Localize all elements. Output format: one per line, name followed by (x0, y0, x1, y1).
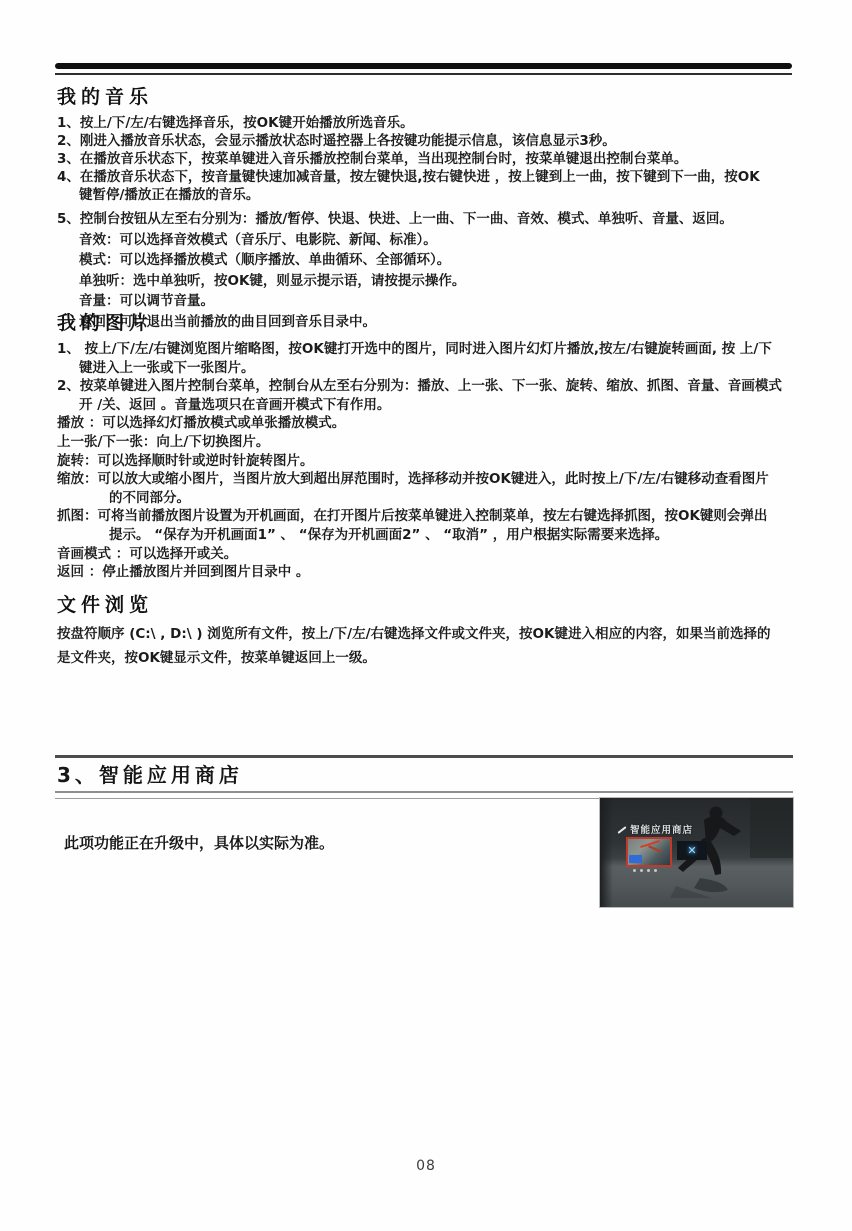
text-line: 旋转：可以选择顺时针或逆时针旋转图片。 (57, 452, 797, 471)
app-tile-selected (626, 837, 672, 867)
text-line: 2、按菜单键进入图片控制台菜单，控制台从左至右分别为：播放、上一张、下一张、旋转… (57, 377, 797, 396)
text-line: 音效：可以选择音效模式（音乐厅、电影院、新闻、标准）。 (57, 230, 797, 251)
text-line: 模式：可以选择播放模式（顺序播放、单曲循环、全部循环）。 (57, 250, 797, 271)
text-line: 音画模式 ：可以选择开或关。 (57, 545, 797, 564)
section-my-pictures: 我的图片 1、 按上/下/左/右键浏览图片缩略图，按OK键打开选中的图片，同时进… (57, 312, 797, 582)
text-line: 1、 按上/下/左/右键浏览图片缩略图，按OK键打开选中的图片，同时进入图片幻灯… (57, 340, 797, 359)
text-line: 上一张/下一张：向上/下切换图片。 (57, 433, 797, 452)
text-line: 抓图：可将当前播放图片设置为开机画面，在打开图片后按菜单键进入控制菜单，按左右键… (57, 507, 797, 526)
app-tile: ✕ (677, 841, 707, 860)
dot (647, 869, 650, 872)
thick-divider (55, 63, 792, 69)
text-line: 4、在播放音乐状态下，按音量键快速加减音量，按左键快退,按右键快进 ，按上键到上… (57, 168, 797, 186)
pagination-dots (633, 869, 657, 872)
dot (654, 869, 657, 872)
text-line: 5、控制台按钮从左至右分别为：播放/暂停、快退、快进、上一曲、下一曲、音效、模式… (57, 209, 797, 230)
chapter-title: 3、智能应用商店 (57, 763, 793, 787)
text-line: 键进入上一张或下一张图片。 (57, 359, 797, 378)
section-title-my-pictures: 我的图片 (57, 312, 797, 334)
spark-icon: ✕ (687, 845, 696, 856)
text-line: 提示。 “保存为开机画面1” 、 “保存为开机画面2” 、 “取消” ，用户根据… (57, 526, 797, 545)
text-line: 缩放：可以放大或缩小图片，当图片放大到超出屏范围时，选择移动并按OK键进入，此时… (57, 470, 797, 489)
text-line: 单独听：选中单独听，按OK键，则显示提示语，请按提示操作。 (57, 271, 797, 292)
section-title-file-browsing: 文件浏览 (57, 594, 797, 616)
tv-app-store-label: 智能应用商店 (630, 822, 693, 836)
text-line: 按盘符顺序 (C:\ , D:\ ) 浏览所有文件，按上/下/左/右键选择文件或… (57, 622, 797, 646)
dot (633, 869, 636, 872)
text-line: 音量：可以调节音量。 (57, 291, 797, 312)
app-store-note: 此项功能正在升级中，具体以实际为准。 (64, 832, 334, 853)
text-line: 3、在播放音乐状态下，按菜单键进入音乐播放控制台菜单，当出现控制台时，按菜单键退… (57, 150, 797, 168)
text-line: 开 /关、返回 。音量选项只在音画开模式下有作用。 (57, 396, 797, 415)
chapter-header-app-store: 3、智能应用商店 (55, 755, 793, 799)
section-title-my-music: 我的音乐 (57, 86, 797, 108)
text-line: 键暂停/播放正在播放的音乐。 (57, 186, 797, 204)
text-line: 1、按上/下/左/右键选择音乐，按OK键开始播放所选音乐。 (57, 114, 797, 132)
thin-divider (55, 73, 792, 75)
page-number: 08 (0, 1158, 852, 1174)
section-my-music: 我的音乐 1、按上/下/左/右键选择音乐，按OK键开始播放所选音乐。 2、刚进入… (57, 86, 797, 332)
section-file-browsing: 文件浏览 按盘符顺序 (C:\ , D:\ ) 浏览所有文件，按上/下/左/右键… (57, 594, 797, 670)
tv-left-shadow (600, 798, 613, 907)
text-line: 2、刚进入播放音乐状态，会显示播放状态时遥控器上各按键功能提示信息，该信息显示3… (57, 132, 797, 150)
tile-artwork-chip (629, 855, 642, 863)
text-line: 播放 ：可以选择幻灯播放模式或单张播放模式。 (57, 414, 797, 433)
page-top-rule (55, 63, 792, 75)
text-line: 返回 ：停止播放图片并回到图片目录中 。 (57, 563, 797, 582)
tile-artwork-mark (648, 845, 662, 853)
manual-page: 我的音乐 1、按上/下/左/右键选择音乐，按OK键开始播放所选音乐。 2、刚进入… (0, 0, 852, 1231)
app-store-screenshot: 智能应用商店 ✕ (600, 798, 793, 907)
dot (640, 869, 643, 872)
text-line: 是文件夹，按OK键显示文件，按菜单键返回上一级。 (57, 646, 797, 670)
text-line: 的不同部分。 (57, 489, 797, 508)
